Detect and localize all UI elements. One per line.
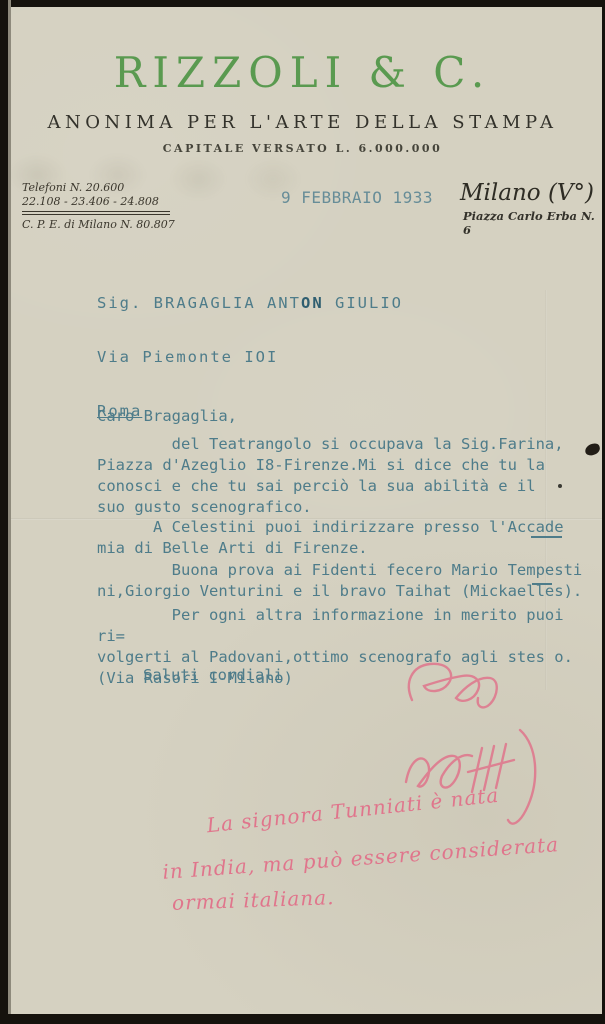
letterhead-capital: CAPITALE VERSATO L. 6.000.000 [0,142,605,155]
scan-border-top [0,0,605,7]
letter-paragraph-1: del Teatrangolo si occupava la Sig.Farin… [97,434,589,518]
recipient-name-overstrike: ON [301,294,324,312]
letter-page: RIZZOLI & C. ANONIMA PER L'ARTE DELLA ST… [0,0,605,1024]
typed-date: 9 FEBBRAIO 1933 [281,188,433,207]
recipient-name-line: Sig. BRAGAGLIA ANTON GIULIO [97,294,403,312]
typed-underline-accade [531,536,562,538]
scan-border-left [0,0,8,1024]
typed-overline-es [532,583,552,585]
letterhead-subtitle: ANONIMA PER L'ARTE DELLA STAMPA [0,112,605,133]
letterhead-street-address: Piazza Carlo Erba N. 6 [463,209,605,237]
letter-closing: Saluti cordiali [143,666,283,684]
info-divider-rule [22,211,170,215]
letter-salutation: Caro Bragaglia, [97,406,589,427]
handwritten-note-line2: in India, ma può essere considerata [162,832,560,884]
ink-speck [558,484,562,488]
letterhead-company-name: RIZZOLI & C. [0,48,605,97]
telephone-line-2: 22.108 - 23.406 - 24.808 [22,195,182,209]
telephone-info-block: Telefoni N. 20.600 22.108 - 23.406 - 24.… [22,181,182,232]
letterhead-city: Milano (V°) [460,180,594,206]
handwritten-note-line3: ormai italiana. [172,885,335,915]
letter-paragraph-2: A Celestini puoi indirizzare presso l'Ac… [97,517,589,559]
paper-edge-shadow [8,0,11,1024]
recipient-street-line: Via Piemonte IOI [97,348,403,366]
letter-paragraph-3: Buona prova ai Fidenti fecero Mario Temp… [97,560,589,602]
postal-account-line: C. P. E. di Milano N. 80.807 [22,218,182,232]
scan-border-bottom [0,1014,605,1024]
recipient-name-part1: Sig. BRAGAGLIA ANT [97,294,301,312]
recipient-name-part2: GIULIO [324,294,403,312]
telephone-line-1: Telefoni N. 20.600 [22,181,182,195]
